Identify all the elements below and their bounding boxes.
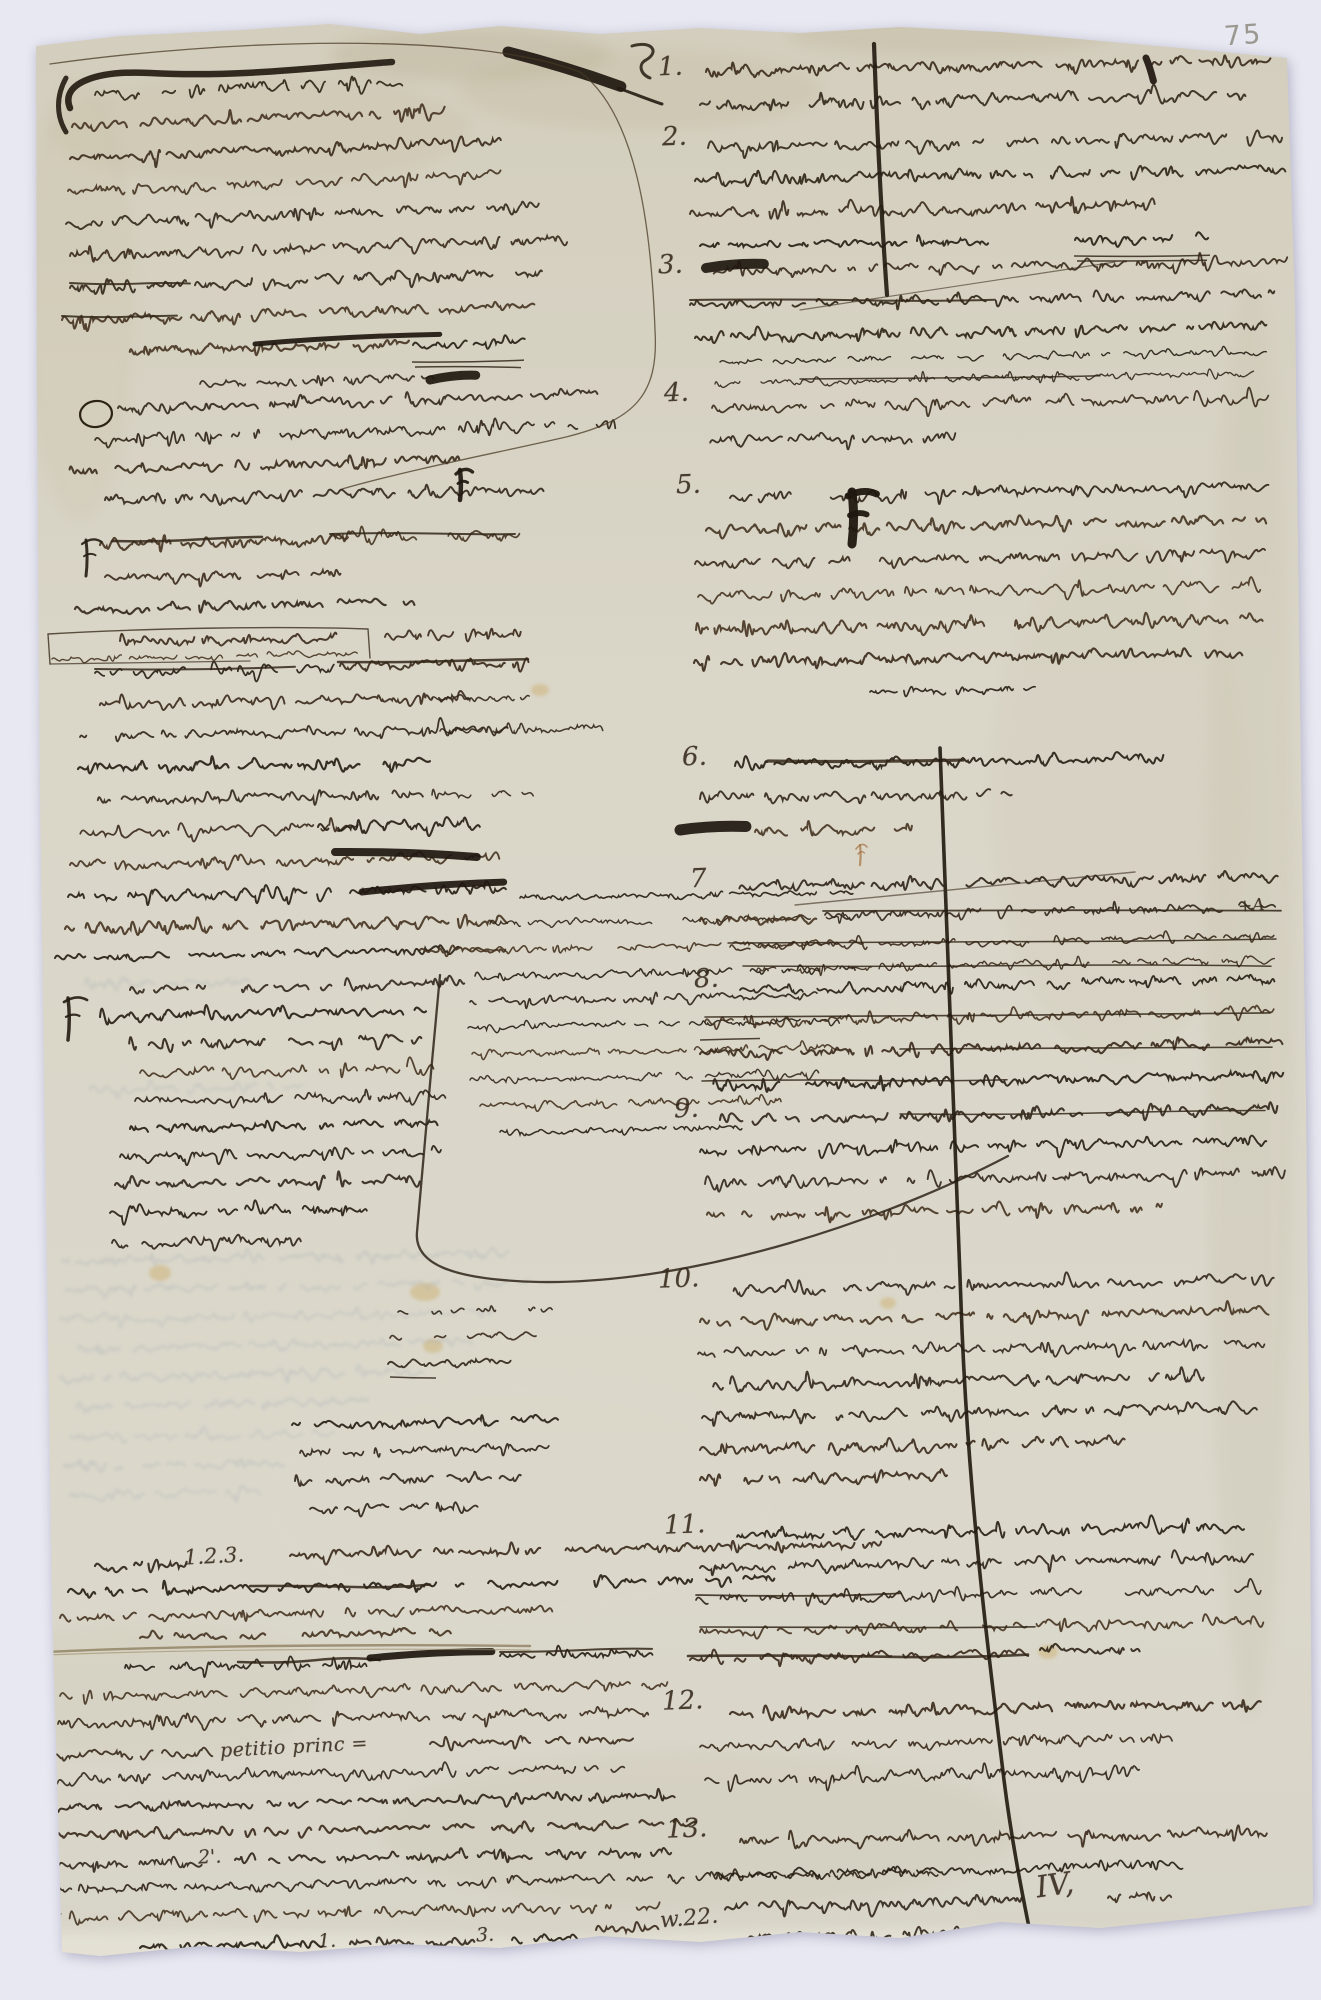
paper-blotch [790, 15, 1110, 55]
scan-image [0, 0, 1321, 2000]
strike-line [768, 760, 963, 761]
manuscript-scan: 75 1. 2. 3. 4. 5. 6. 7 8. 9. 10. 11. 12.… [0, 0, 1321, 2000]
strike-line [330, 533, 515, 534]
paper-blotch [25, 80, 135, 520]
ink-stain [880, 1297, 896, 1309]
strike-line [823, 910, 1281, 911]
strike-line [70, 283, 190, 284]
paper-blotch [380, 1750, 1020, 1910]
paper-blotch [1205, 280, 1295, 1720]
ink-terminal-blob [1029, 1947, 1041, 1965]
paper-blotch [540, 1929, 1260, 1961]
ink-stain [531, 684, 549, 696]
heavy-ink-blob [680, 826, 746, 830]
strike-line [702, 1080, 1007, 1081]
heavy-ink-blob [706, 264, 764, 268]
ink-stain [149, 1265, 171, 1281]
heavy-ink-blob [430, 375, 476, 380]
paper-blotch [260, 1380, 780, 1620]
